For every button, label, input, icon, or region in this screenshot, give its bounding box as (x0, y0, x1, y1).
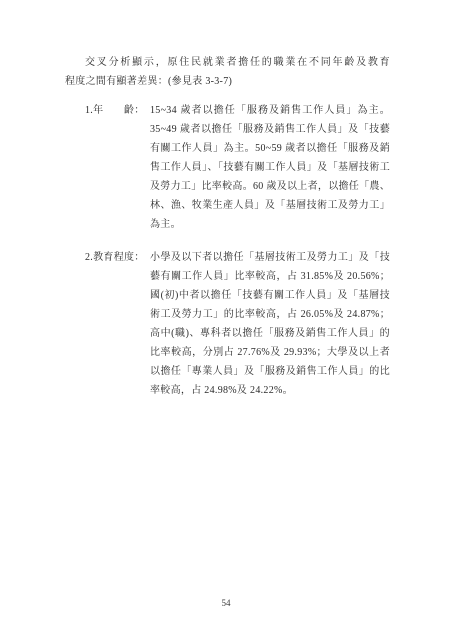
text-line: 藝有關工作人員」比率較高，占 31.85%及 20.56%； (150, 267, 390, 286)
text-line: 交叉分析顯示，原住民就業者擔任的職業在不同年齡及教育 (65, 53, 390, 72)
text-line: 小學及以下者以擔任「基層技術工及勞力工」及「技 (150, 248, 390, 267)
text-line: 林、漁、牧業生產人員」及「基層技術工及勞力工」 (150, 196, 390, 215)
page-number: 54 (0, 597, 452, 609)
text-line: 術工及勞力工」的比率較高，占 26.05%及 24.87%； (150, 305, 390, 324)
text-line: 以擔任「專業人員」及「服務及銷售工作人員」的比 (150, 362, 390, 381)
text-line: 有關工作人員」為主。50~59 歲者以擔任「服務及銷 (150, 139, 390, 158)
item-body: 15~34 歲者以擔任「服務及銷售工作人員」為主。 35~49 歲者以擔任「服務… (150, 101, 390, 234)
item-body: 小學及以下者以擔任「基層技術工及勞力工」及「技 藝有關工作人員」比率較高，占 3… (150, 248, 390, 400)
list-item-age: 1.年 齡： 15~34 歲者以擔任「服務及銷售工作人員」為主。 35~49 歲… (85, 101, 390, 234)
item-label: 1.年 齡： (85, 101, 150, 120)
text-line: 比率較高，分別占 27.76%及 29.93%；大學及以上者 (150, 343, 390, 362)
text-line: 程度之間有顯著差異：(參見表 3-3-7) (65, 72, 390, 91)
text-line: 率較高，占 24.98%及 24.22%。 (150, 381, 390, 400)
text-line: 國(初)中者以擔任「技藝有關工作人員」及「基層技 (150, 286, 390, 305)
text-line: 售工作人員」、「技藝有關工作人員」及「基層技術工 (150, 158, 390, 177)
text-line: 15~34 歲者以擔任「服務及銷售工作人員」為主。 (150, 101, 390, 120)
text-line: 為主。 (150, 215, 390, 234)
text-line: 35~49 歲者以擔任「服務及銷售工作人員」及「技藝 (150, 120, 390, 139)
intro-paragraph: 交叉分析顯示，原住民就業者擔任的職業在不同年齡及教育 程度之間有顯著差異：(參見… (65, 53, 390, 91)
list-item-education: 2.教育程度： 小學及以下者以擔任「基層技術工及勞力工」及「技 藝有關工作人員」… (85, 248, 390, 400)
text-line: 及勞力工」比率較高。60 歲及以上者，以擔任「農、 (150, 177, 390, 196)
text-line: 高中(職)、專科者以擔任「服務及銷售工作人員」的 (150, 324, 390, 343)
document-page: 交叉分析顯示，原住民就業者擔任的職業在不同年齡及教育 程度之間有顯著差異：(參見… (0, 0, 452, 640)
item-label: 2.教育程度： (85, 248, 150, 267)
